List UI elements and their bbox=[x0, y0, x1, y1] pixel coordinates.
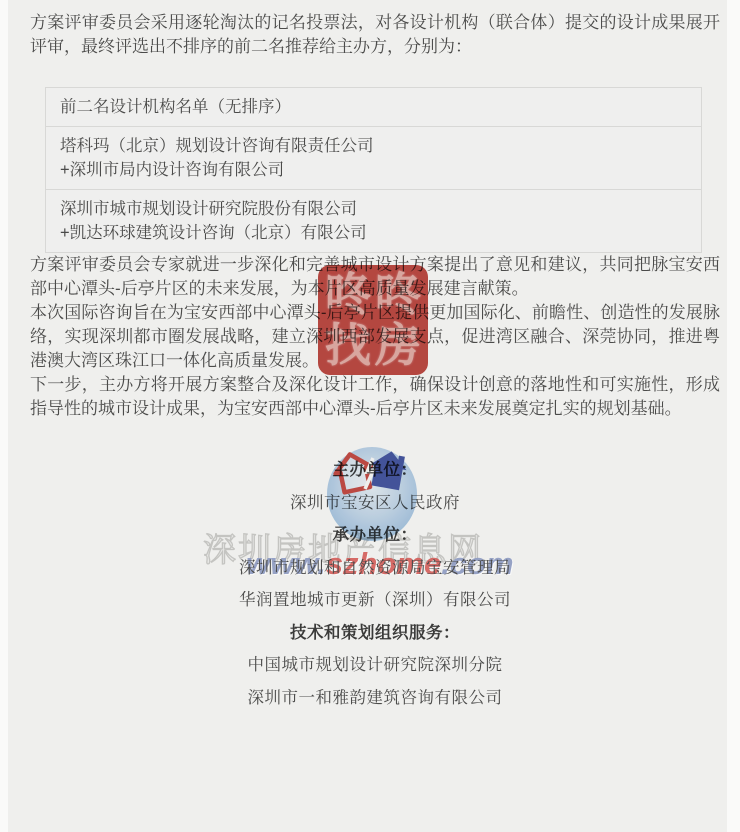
shortlist-cell-1: 塔科玛（北京）规划设计咨询有限责任公司 +深圳市局内设计咨询有限公司 bbox=[46, 127, 702, 190]
table-row: 深圳市城市规划设计研究院股份有限公司 +凯达环球建筑设计咨询（北京）有限公司 bbox=[46, 190, 702, 253]
table-row: 塔科玛（北京）规划设计咨询有限责任公司 +深圳市局内设计咨询有限公司 bbox=[46, 127, 702, 190]
credit-item: 华润置地城市更新（深圳）有限公司 bbox=[30, 584, 720, 617]
right-edge-strip bbox=[727, 0, 740, 832]
paragraph-voting-result: 方案评审委员会采用逐轮淘汰的记名投票法，对各设计机构（联合体）提交的设计成果展开… bbox=[30, 11, 720, 59]
globe-icon bbox=[326, 446, 418, 542]
szhome-globe-watermark bbox=[326, 446, 418, 547]
stamp-text-bottom: 找房 bbox=[321, 320, 425, 371]
credit-item: 深圳市规划和自然资源局宝安管理局 bbox=[30, 552, 720, 585]
shortlist-cell-2: 深圳市城市规划设计研究院股份有限公司 +凯达环球建筑设计咨询（北京）有限公司 bbox=[46, 190, 702, 253]
company-line: 深圳市城市规划设计研究院股份有限公司 bbox=[60, 197, 687, 221]
table-header-cell: 前二名设计机构名单（无排序） bbox=[46, 88, 702, 127]
company-line: +深圳市局内设计咨询有限公司 bbox=[60, 158, 687, 182]
table-header-row: 前二名设计机构名单（无排序） bbox=[46, 88, 702, 127]
credit-item: 深圳市一和雅韵建筑咨询有限公司 bbox=[30, 682, 720, 715]
stamp-text-top: 咚咚 bbox=[321, 269, 425, 320]
shortlist-table: 前二名设计机构名单（无排序） 塔科玛（北京）规划设计咨询有限责任公司 +深圳市局… bbox=[45, 87, 702, 253]
credit-heading-technical: 技术和策划组织服务： bbox=[30, 617, 720, 650]
left-edge-strip bbox=[0, 0, 8, 832]
company-line: +凯达环球建筑设计咨询（北京）有限公司 bbox=[60, 221, 687, 245]
credit-item: 中国城市规划设计研究院深圳分院 bbox=[30, 649, 720, 682]
paragraph-next-step: 下一步，主办方将开展方案整合及深化设计工作，确保设计创意的落地性和可实施性，形成… bbox=[30, 373, 720, 421]
company-line: 塔科玛（北京）规划设计咨询有限责任公司 bbox=[60, 134, 687, 158]
dongdong-zhaofang-stamp-watermark: 咚咚 找房 bbox=[318, 265, 428, 375]
